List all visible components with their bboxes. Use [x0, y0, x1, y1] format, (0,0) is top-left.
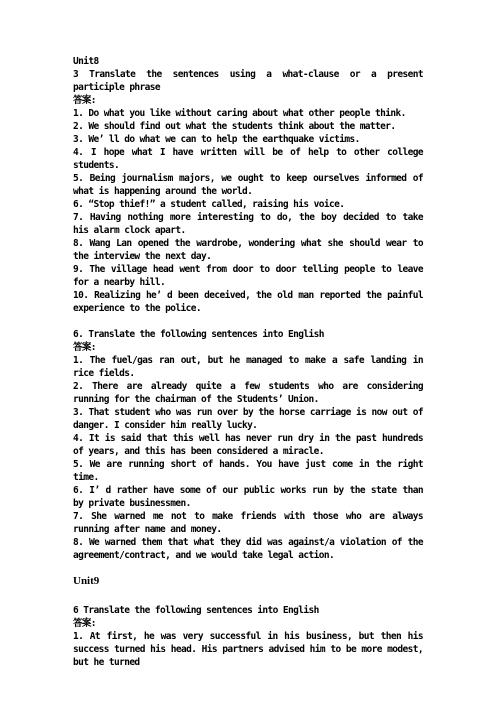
answer-label: 答案: [73, 94, 423, 107]
answer-item: 10. Realizing he’ d been deceived, the o… [73, 289, 423, 315]
exercise3-heading: 3 Translate the sentences using a what-c… [73, 68, 423, 94]
answer-item: 3. We’ ll do what we can to help the ear… [73, 133, 423, 146]
document-page: Unit8 3 Translate the sentences using a … [0, 0, 496, 702]
answer-item: 1. At first, he was very successful in h… [73, 630, 423, 669]
unit9-title: Unit9 [73, 575, 423, 588]
exercise6-heading: 6. Translate the following sentences int… [73, 328, 423, 341]
answer-item: 9. The village head went from door to do… [73, 263, 423, 289]
answer-item: 4. It is said that this well has never r… [73, 432, 423, 458]
document-content: Unit8 3 Translate the sentences using a … [73, 55, 423, 669]
unit9-exercise6-heading: 6 Translate the following sentences into… [73, 604, 423, 617]
answer-item: 6. I’ d rather have some of our public w… [73, 484, 423, 510]
answer-item: 1. The fuel/gas ran out, but he managed … [73, 354, 423, 380]
answer-label: 答案: [73, 617, 423, 630]
answer-item: 7. Having nothing more interesting to do… [73, 211, 423, 237]
answer-item: 2. We should find out what the students … [73, 120, 423, 133]
unit8-title: Unit8 [73, 55, 423, 68]
answer-item: 5. Being journalism majors, we ought to … [73, 172, 423, 198]
answer-item: 3. That student who was run over by the … [73, 406, 423, 432]
answer-item: 7. She warned me not to make friends wit… [73, 510, 423, 536]
answer-item: 8. Wang Lan opened the wardrobe, wonderi… [73, 237, 423, 263]
answer-item: 5. We are running short of hands. You ha… [73, 458, 423, 484]
answer-item: 8. We warned them that what they did was… [73, 536, 423, 562]
answer-label: 答案: [73, 341, 423, 354]
answer-item: 1. Do what you like without caring about… [73, 107, 423, 120]
answer-item: 4. I hope what I have written will be of… [73, 146, 423, 172]
answer-item: 6. “Stop thief!” a student called, raisi… [73, 198, 423, 211]
answer-item: 2. There are already quite a few student… [73, 380, 423, 406]
